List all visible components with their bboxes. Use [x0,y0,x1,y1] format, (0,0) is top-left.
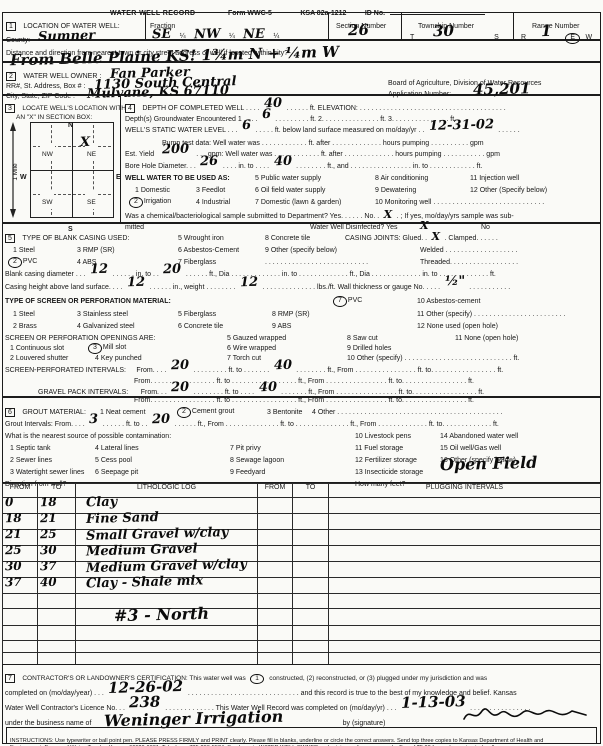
blank-diameter-depth: 20 [163,265,181,276]
screen-intervals-label: SCREEN-PERFORATED INTERVALS: [5,367,126,374]
litho-row: #3 - North [3,609,601,626]
diagram-ne: NE [87,151,96,158]
grout-interval-to: 20 [152,415,170,426]
litho-row: 37 40 Clay - Shale mix [3,578,601,594]
application-number-value: 45,201 [473,82,531,95]
business-name-label: under the business name of [5,720,91,727]
litho-row [3,594,601,609]
litho-row: 21 25 Small Gravel w/clay [3,530,601,546]
contam-option-6: 6 Seepage pit [95,469,138,476]
date-record-value: 1-13-03 [401,695,466,709]
contam-option-9: 9 Feedyard [230,469,265,476]
well-note: #3 - North [114,608,209,623]
bore-hole-depth: 40 [273,157,291,168]
contam-other-value: Open Field [440,457,538,472]
casing-height-value: 12 [127,278,145,289]
static-level-value: 6 [242,121,251,132]
one-mile-label: 1 Mile [12,163,19,180]
grout-interval-from: 3 [89,415,98,426]
water-well-record-form: WATER WELL RECORD Form WWC-5 KSA 82a-121… [0,0,603,746]
litho-row: 25 30 Medium Gravel [3,546,601,562]
litho-row [3,653,601,665]
diagram-sw: SW [42,199,52,206]
by-signature-label: by (signature) [343,720,386,727]
litho-header-to2: TO [293,484,329,498]
signature [460,703,590,725]
litho-header-plugging: PLUGGING INTERVALS [329,484,601,498]
litho-row: 30 37 Medium Gravel w/clay [3,562,601,578]
blank-diameter-value: 12 [90,265,108,276]
litho-header-from2: FROM [258,484,293,498]
openings-option-11: 11 None (open hole) [455,335,518,342]
bore-hole-diameter: 26 [200,157,218,168]
date-completed-value: 12-26-02 [108,680,183,694]
licence-number-value: 238 [129,696,161,709]
litho-row [3,626,601,641]
wall-thickness-value: ½" [444,277,465,288]
diagram-e: E [116,174,121,181]
section-number-value: 26 [348,24,369,37]
casing-weight-value: 12 [240,278,258,289]
lithologic-log-table: FROM TO LITHOLOGIC LOG FROM TO PLUGGING … [2,483,601,665]
gravel-pack-label: GRAVEL PACK INTERVALS: [38,389,128,396]
static-level-date: 12-31-02 [429,120,494,132]
litho-row: 18 21 Fine Sand [3,514,601,530]
completed-on-label: completed on (mo/day/year) . . . [5,690,104,697]
diagram-nw: NW [42,151,53,158]
casing-joints-label: CASING JOINTS: Glued. . [345,235,427,242]
diagram-se: SE [87,199,96,206]
screen-option-6: 6 Concrete tile [178,323,223,330]
range-value: 1 [540,25,551,37]
screen-option-7-circled: 7PVC [333,289,362,307]
litho-row [3,641,601,653]
business-name-value: Weninger Irrigation [104,711,284,728]
diagram-n: N [68,122,73,129]
township-value: 30 [433,25,454,38]
diagram-x-mark: X [80,138,90,149]
fraction-1: SE [152,30,172,41]
section3-number: 3 [5,104,15,113]
section3-title-2: AN "X" IN SECTION BOX: [16,114,92,121]
